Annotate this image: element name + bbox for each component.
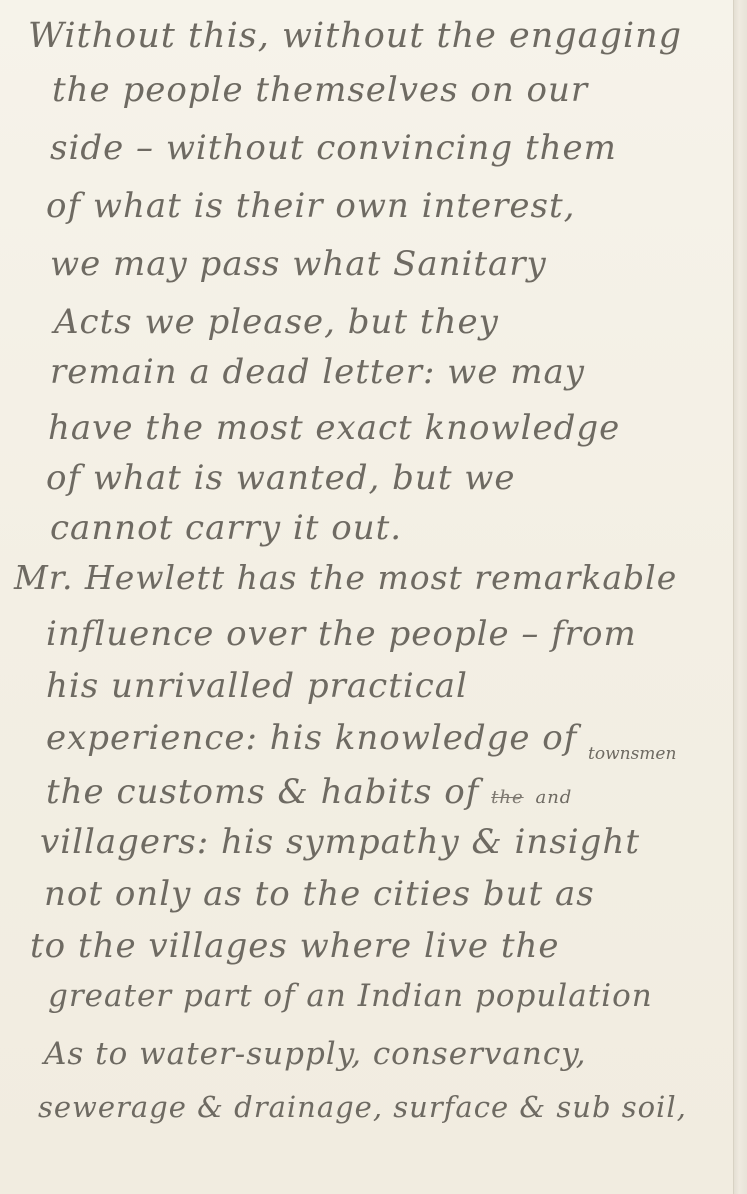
struck-word: the bbox=[491, 787, 523, 808]
manuscript-line-9: of what is wanted, but we bbox=[46, 458, 516, 498]
manuscript-page: Without this, without the engaging the p… bbox=[0, 0, 734, 1194]
manuscript-line-15-text: the customs & habits of bbox=[46, 772, 479, 812]
manuscript-line-14: experience: his knowledge of bbox=[46, 718, 577, 758]
manuscript-line-11: Mr. Hewlett has the most remarkable bbox=[14, 558, 677, 597]
interlinear-insertion: townsmen bbox=[588, 744, 676, 764]
manuscript-line-18: to the villages where live the bbox=[30, 926, 560, 966]
manuscript-line-17: not only as to the cities but as bbox=[44, 874, 595, 914]
manuscript-line-15: the customs & habits of the and bbox=[46, 772, 572, 812]
manuscript-line-10: cannot carry it out. bbox=[50, 508, 402, 548]
manuscript-line-4: of what is their own interest, bbox=[46, 186, 575, 226]
manuscript-line-6: Acts we please, but they bbox=[54, 302, 499, 342]
manuscript-line-21: sewerage & drainage, surface & sub soil, bbox=[38, 1090, 687, 1124]
manuscript-line-16: villagers: his sympathy & insight bbox=[40, 822, 640, 862]
line-15-tail: and bbox=[535, 787, 572, 808]
manuscript-line-7: remain a dead letter: we may bbox=[50, 352, 585, 392]
manuscript-line-19: greater part of an Indian population bbox=[48, 978, 653, 1014]
manuscript-line-3: side – without convincing them bbox=[50, 128, 617, 168]
manuscript-line-20: As to water-supply, conservancy, bbox=[44, 1036, 586, 1072]
manuscript-line-8: have the most exact knowledge bbox=[48, 408, 620, 448]
manuscript-line-2: the people themselves on our bbox=[52, 70, 588, 110]
manuscript-line-12: influence over the people – from bbox=[46, 614, 637, 654]
paper-edge bbox=[733, 0, 747, 1194]
manuscript-line-5: we may pass what Sanitary bbox=[50, 244, 547, 284]
manuscript-line-1: Without this, without the engaging bbox=[28, 16, 682, 56]
manuscript-line-13: his unrivalled practical bbox=[46, 666, 468, 706]
